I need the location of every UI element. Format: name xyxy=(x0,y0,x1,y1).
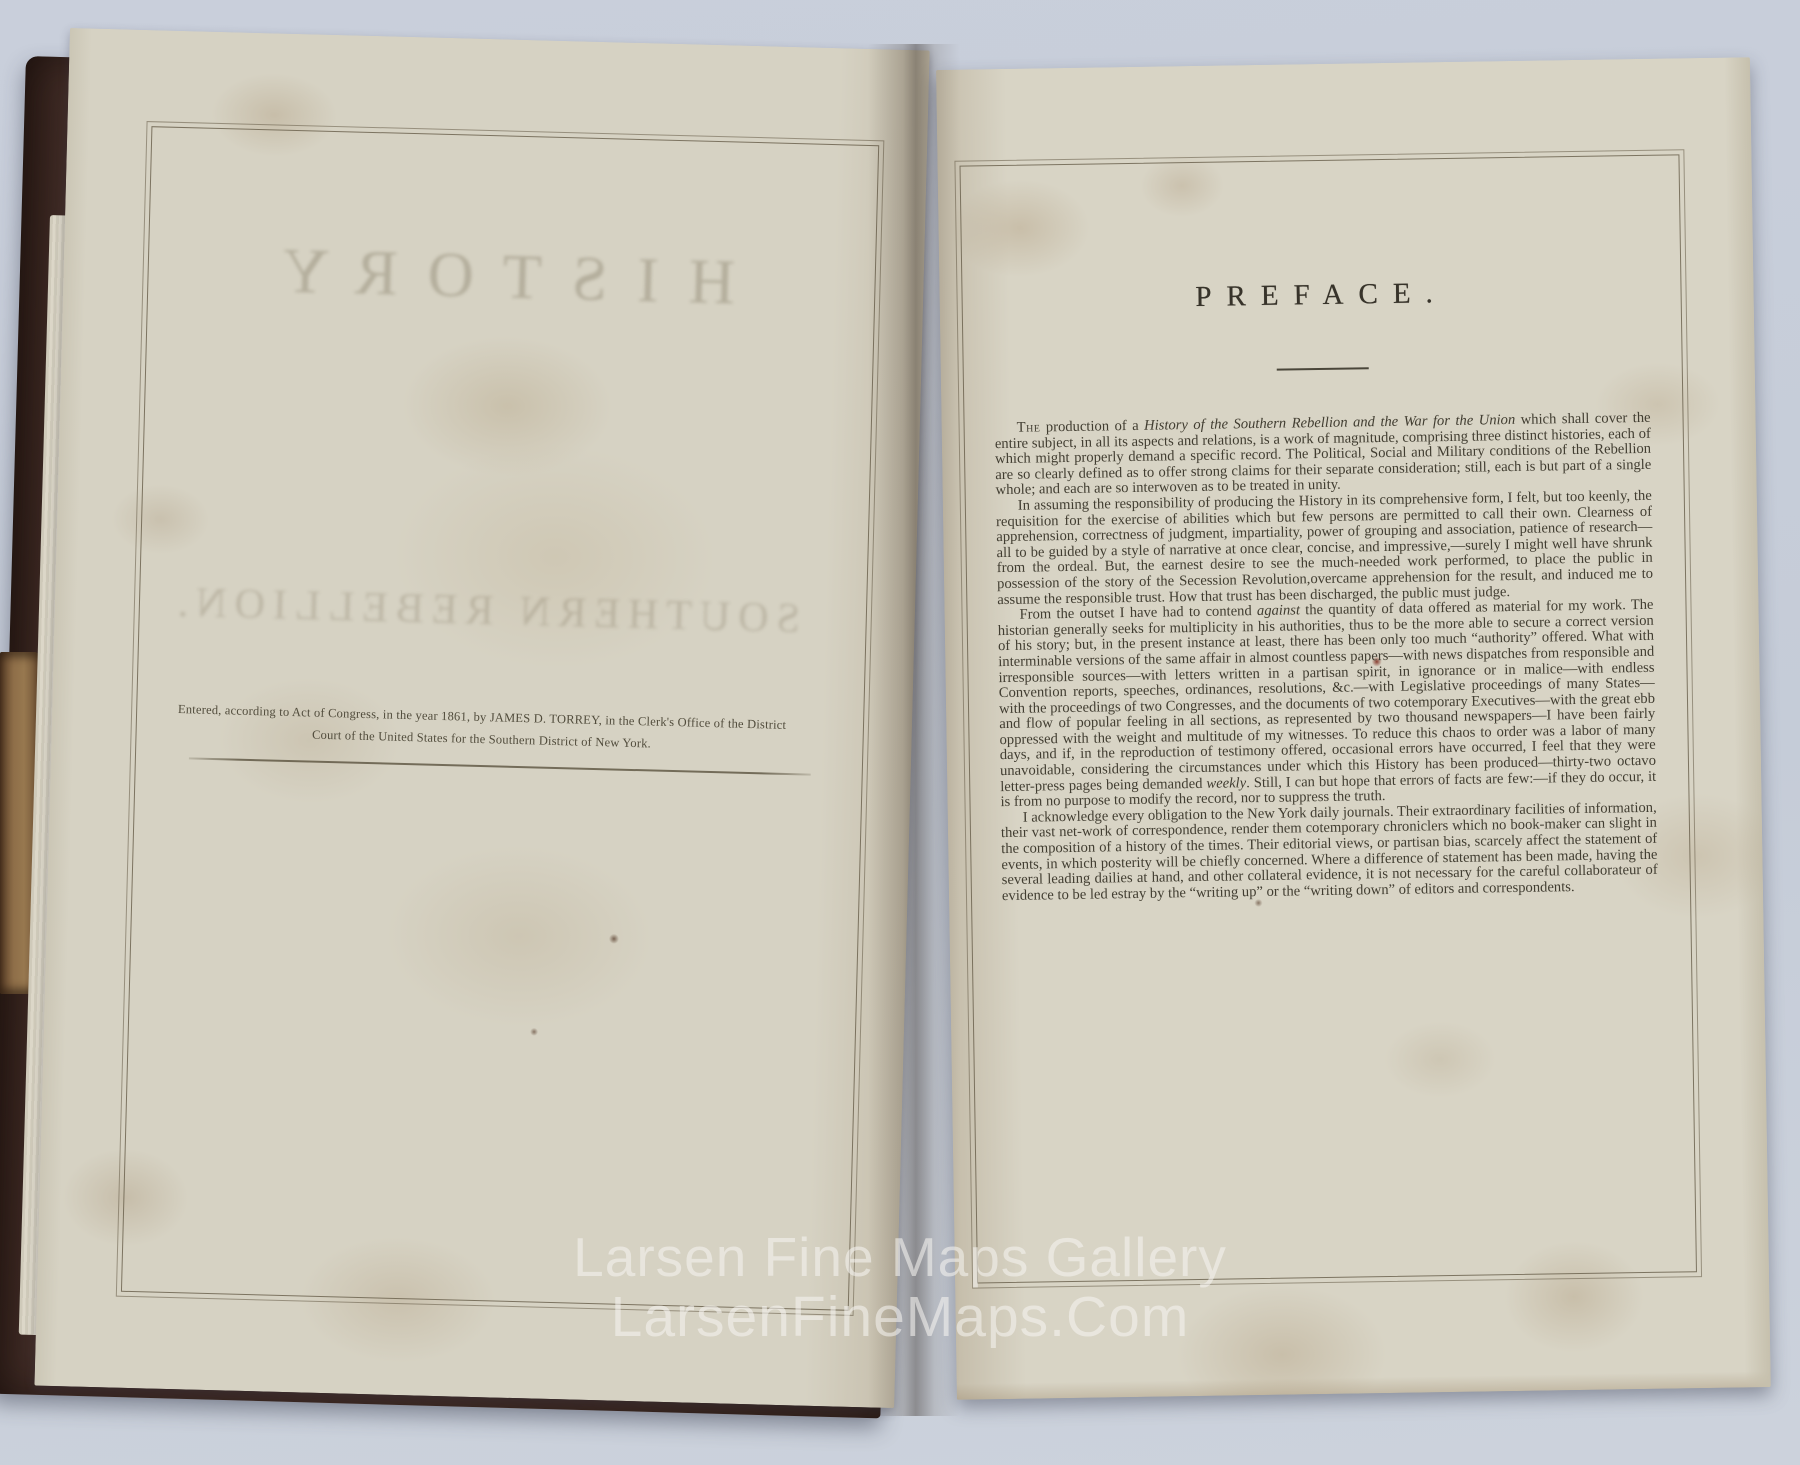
preface-title: PREFACE. xyxy=(962,273,1680,317)
preface-rule-frame: PREFACE. The production of a History of … xyxy=(960,154,1697,1283)
paragraph: The production of a History of the South… xyxy=(995,411,1652,499)
right-page: PREFACE. The production of a History of … xyxy=(936,57,1771,1400)
paragraph: In assuming the responsibility of produc… xyxy=(996,489,1654,608)
left-page: HISTORY SOUTHERN REBELLION. Entered, acc… xyxy=(34,28,929,1408)
paragraph: I acknowledge every obligation to the Ne… xyxy=(1001,801,1658,905)
book-photo-scene: HISTORY SOUTHERN REBELLION. Entered, acc… xyxy=(0,0,1800,1465)
preface-divider-rule xyxy=(1277,367,1369,370)
paragraph: From the outset I have had to contend ag… xyxy=(997,598,1656,811)
preface-body: The production of a History of the South… xyxy=(995,411,1659,905)
